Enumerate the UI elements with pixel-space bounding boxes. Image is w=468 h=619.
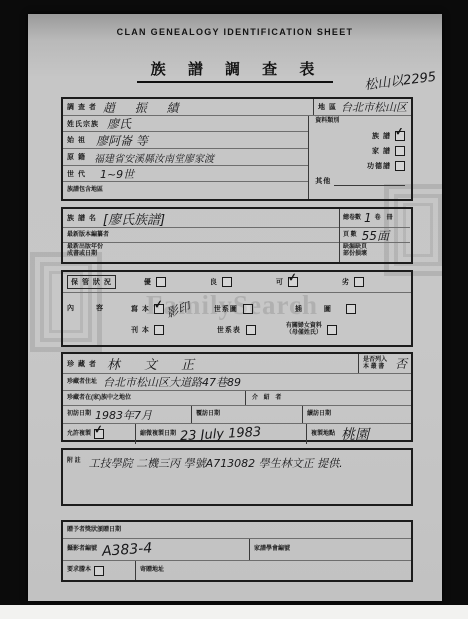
origin-value: 福建省安溪縣汝南堂廖家渡 [94, 150, 214, 165]
manuscript-photocopy-note: 影印 [164, 297, 192, 321]
condition-fair-checkbox: ✓ [288, 277, 298, 287]
listed-in-series-label-line2: 本 叢 書 [363, 364, 387, 371]
sheet-english-title: CLAN GENEALOGY IDENTIFICATION SHEET [28, 27, 442, 37]
photographer-number-label: 攝影者編號 [67, 546, 97, 553]
first-visit-date-label: 初訪日期 [67, 411, 91, 418]
remarks-box: 附 註 工技學院 二機三丙 學號A713082 學生林文正 提供. [61, 448, 413, 506]
copy-location-label: 複製地點 [311, 431, 335, 438]
volume-unit-juan: 卷 [375, 215, 381, 222]
category-family-genealogy-checkbox [395, 146, 405, 156]
pages-value: 55面 [362, 228, 389, 243]
category-other-label: 其他 [315, 176, 331, 186]
condition-good-checkbox [222, 277, 232, 287]
clan-value: 廖氏 [107, 116, 131, 132]
investigator-value: 趙 振 績 [103, 99, 187, 116]
holder-address-value: 台北市松山区大道路47巷89 [103, 374, 241, 390]
content-label: 內 容 [67, 303, 113, 313]
generations-value: 1~9世 [100, 166, 134, 182]
condition-excellent-label: 優 [144, 277, 152, 287]
copy-permitted-checkbox: ✓ [94, 429, 104, 439]
microfilm-date-value: 23 July 1983 [180, 424, 262, 443]
women-data-sublabel: （母僅姓氏） [286, 330, 322, 337]
numbering-box: 贈予者獎狀頒贈日期 攝影者編號 A383-4 家譜學會編號 要求謄本 [61, 520, 413, 582]
latest-editor-label: 最新版本編纂者 [67, 232, 109, 239]
lineage-chart-label: 世系圖 [214, 304, 238, 314]
lineage-chart-checkbox [243, 304, 253, 314]
latest-publication-year-label: 最新出版年份 [67, 244, 103, 251]
manuscript-checkbox: ✓ [154, 304, 164, 314]
missing-pages-label: 缺漏缺頁 [343, 244, 367, 251]
condition-excellent-checkbox [156, 277, 166, 287]
condition-content-box: 保 管 狀 況 優 良 可 ✓ 劣 內 容 寫 本 ✓ [61, 270, 413, 347]
copy-permitted-label: 允許複製 [67, 431, 91, 438]
category-family-genealogy-label: 家 譜 [372, 146, 391, 156]
donor-certificate-date-label: 贈予者獎狀頒贈日期 [67, 527, 121, 534]
remarks-label: 附 註 [67, 458, 81, 465]
clan-label: 姓氏宗族 [67, 119, 99, 129]
investigator-label: 調 查 者 [67, 102, 97, 112]
copy-location-value: 桃園 [341, 424, 369, 444]
volume-unit-ce: 冊 [387, 215, 393, 222]
genealogy-name-value: [廖氏族譜] [103, 209, 165, 228]
material-category-label: 資料類別 [315, 118, 405, 125]
partial-damage-label: 部份損壞 [343, 251, 367, 258]
printed-edition-checkbox [154, 325, 164, 335]
founder-label: 始 祖 [67, 135, 86, 145]
completion-date-label: 成書或日期 [67, 251, 103, 258]
holder-position-label: 珍藏者在(家)族中之地位 [63, 395, 245, 402]
remarks-value: 工技學院 二機三丙 學號A713082 學生林文正 提供. [89, 455, 343, 471]
genealogy-form-page: FamilySearch CLAN GENEALOGY IDENTIFICATI… [28, 14, 442, 601]
condition-good-label: 良 [210, 277, 218, 287]
total-volumes-label: 總卷數 [343, 215, 361, 222]
form-title: 族 譜 調 查 表 [137, 58, 334, 83]
women-data-checkbox [327, 325, 337, 335]
condition-label: 保 管 狀 況 [67, 275, 116, 289]
mailing-address-label: 寄贈地址 [140, 567, 164, 574]
category-clan-genealogy-checkbox: ✓ [395, 131, 405, 141]
listed-in-series-value: 否 [395, 355, 407, 372]
second-visit-date-label: 覆訪日期 [196, 411, 220, 418]
request-transcript-checkbox [94, 566, 104, 576]
category-merit-genealogy-label: 功德譜 [367, 161, 391, 171]
manuscript-label: 寫 本 [131, 304, 150, 314]
women-data-label: 有關婦女資料 [286, 323, 322, 330]
genealogy-society-number-label: 家譜學會編號 [254, 546, 290, 553]
category-other-blank-line [334, 176, 405, 186]
microfilm-date-label: 縮微複製日期 [140, 431, 176, 438]
area-label: 地 區 [318, 102, 337, 112]
generations-label: 世 代 [67, 169, 86, 179]
microfilm-frame: FamilySearch CLAN GENEALOGY IDENTIFICATI… [0, 0, 468, 619]
lineage-table-label: 世系表 [217, 325, 241, 335]
scan-edge-strip [0, 605, 468, 619]
request-transcript-label: 要求謄本 [67, 567, 91, 574]
printed-edition-label: 刊 本 [131, 325, 150, 335]
total-volumes-value: 1 [364, 211, 372, 225]
lineage-table-checkbox [246, 325, 256, 335]
first-visit-date-value: 1983年7月 [95, 407, 152, 423]
photographer-number-value: A383-4 [102, 540, 153, 559]
pages-label: 頁 數 [343, 232, 357, 239]
holder-label: 珍 藏 者 [67, 359, 97, 369]
holder-visits-box: 珍 藏 者 林 文 正 是否列入 本 叢 書 否 珍藏者住址 台北市松山区大道路… [61, 352, 413, 442]
category-merit-genealogy-checkbox [395, 161, 405, 171]
condition-fair-label: 可 [276, 277, 284, 287]
basic-info-box: 調 查 者 趙 振 績 地 區 台北市松山区 姓氏宗族 廖氏 始 祖 廖阿崙 等 [61, 97, 413, 201]
condition-poor-checkbox [354, 277, 364, 287]
origin-label: 原 籍 [67, 152, 86, 162]
coverage-label: 族譜包含地區 [67, 187, 103, 194]
founder-value: 廖阿崙 等 [96, 132, 148, 149]
genealogy-title-box: 族 譜 名 [廖氏族譜] 最新版本編纂者 最新出版年份 成書或日期 [61, 207, 413, 264]
listed-in-series-label-line1: 是否列入 [363, 357, 387, 364]
holder-address-label: 珍藏者住址 [67, 379, 97, 386]
followup-visit-date-label: 續訪日期 [307, 411, 331, 418]
introducer-label: 介 紹 者 [246, 395, 283, 402]
illustrations-label: 插 圖 [295, 304, 341, 314]
condition-poor-label: 劣 [342, 277, 350, 287]
category-clan-genealogy-label: 族 譜 [372, 131, 391, 141]
holder-value: 林 文 正 [107, 354, 204, 373]
genealogy-name-label: 族 譜 名 [67, 213, 97, 223]
area-value: 台北市松山区 [341, 99, 407, 115]
illustrations-checkbox [346, 304, 356, 314]
